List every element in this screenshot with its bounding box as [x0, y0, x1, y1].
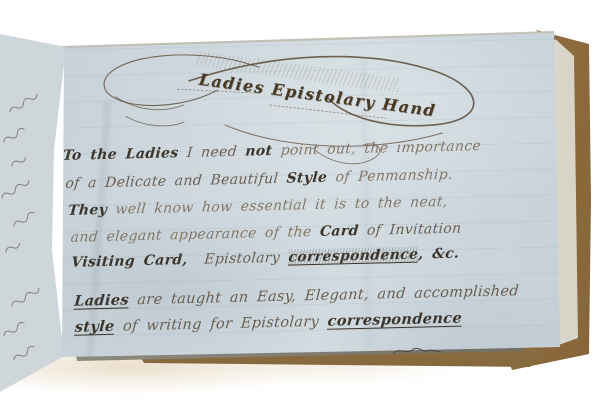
- text-segment: Epistolary: [187, 250, 289, 268]
- text-segment: of writing for Epistolary: [114, 314, 328, 335]
- text-segment: Ladies: [74, 291, 130, 309]
- main-recto-page: Ladies Epistolary Hand To the Ladies I n…: [0, 0, 600, 406]
- text-segment: style: [74, 318, 115, 336]
- handwritten-line: style of writing for Epistolary correspo…: [74, 310, 463, 336]
- text-segment: To the Ladies: [62, 145, 179, 164]
- text-segment: correspondence: [288, 247, 419, 266]
- handwritten-line: and elegant appearance of the Card of In…: [70, 221, 462, 246]
- text-segment: not: [245, 143, 273, 160]
- text-segment: are taught an Easy, Elegant, and accompl…: [128, 283, 519, 308]
- text-segment: I need: [178, 144, 246, 162]
- text-segment: and elegant appearance of the: [70, 224, 320, 246]
- text-segment: Card: [319, 223, 359, 240]
- handwritten-line: Ladies are taught an Easy, Elegant, and …: [74, 282, 520, 310]
- text-segment: , &c.: [418, 246, 460, 263]
- handwritten-line: They well know how essential it is to th…: [67, 194, 448, 219]
- text-segment: Visiting Card,: [71, 252, 189, 271]
- text-segment: They: [67, 202, 107, 219]
- handwritten-line: Visiting Card, Epistolary correspondence…: [71, 246, 460, 271]
- text-segment: well know how essential it is to the nea…: [107, 194, 449, 218]
- text-segment: of Invitation: [358, 221, 462, 239]
- verso-writing-fragments: [0, 28, 66, 398]
- text-segment: Style: [286, 170, 328, 187]
- text-segment: of Penmanship.: [327, 167, 454, 186]
- handwritten-content: Ladies Epistolary Hand To the Ladies I n…: [58, 24, 555, 357]
- text-segment: correspondence: [327, 310, 463, 330]
- bottom-edge-ink-squiggle: [392, 344, 444, 358]
- photo-of-manuscript-book: Ladies Epistolary Hand To the Ladies I n…: [0, 0, 600, 406]
